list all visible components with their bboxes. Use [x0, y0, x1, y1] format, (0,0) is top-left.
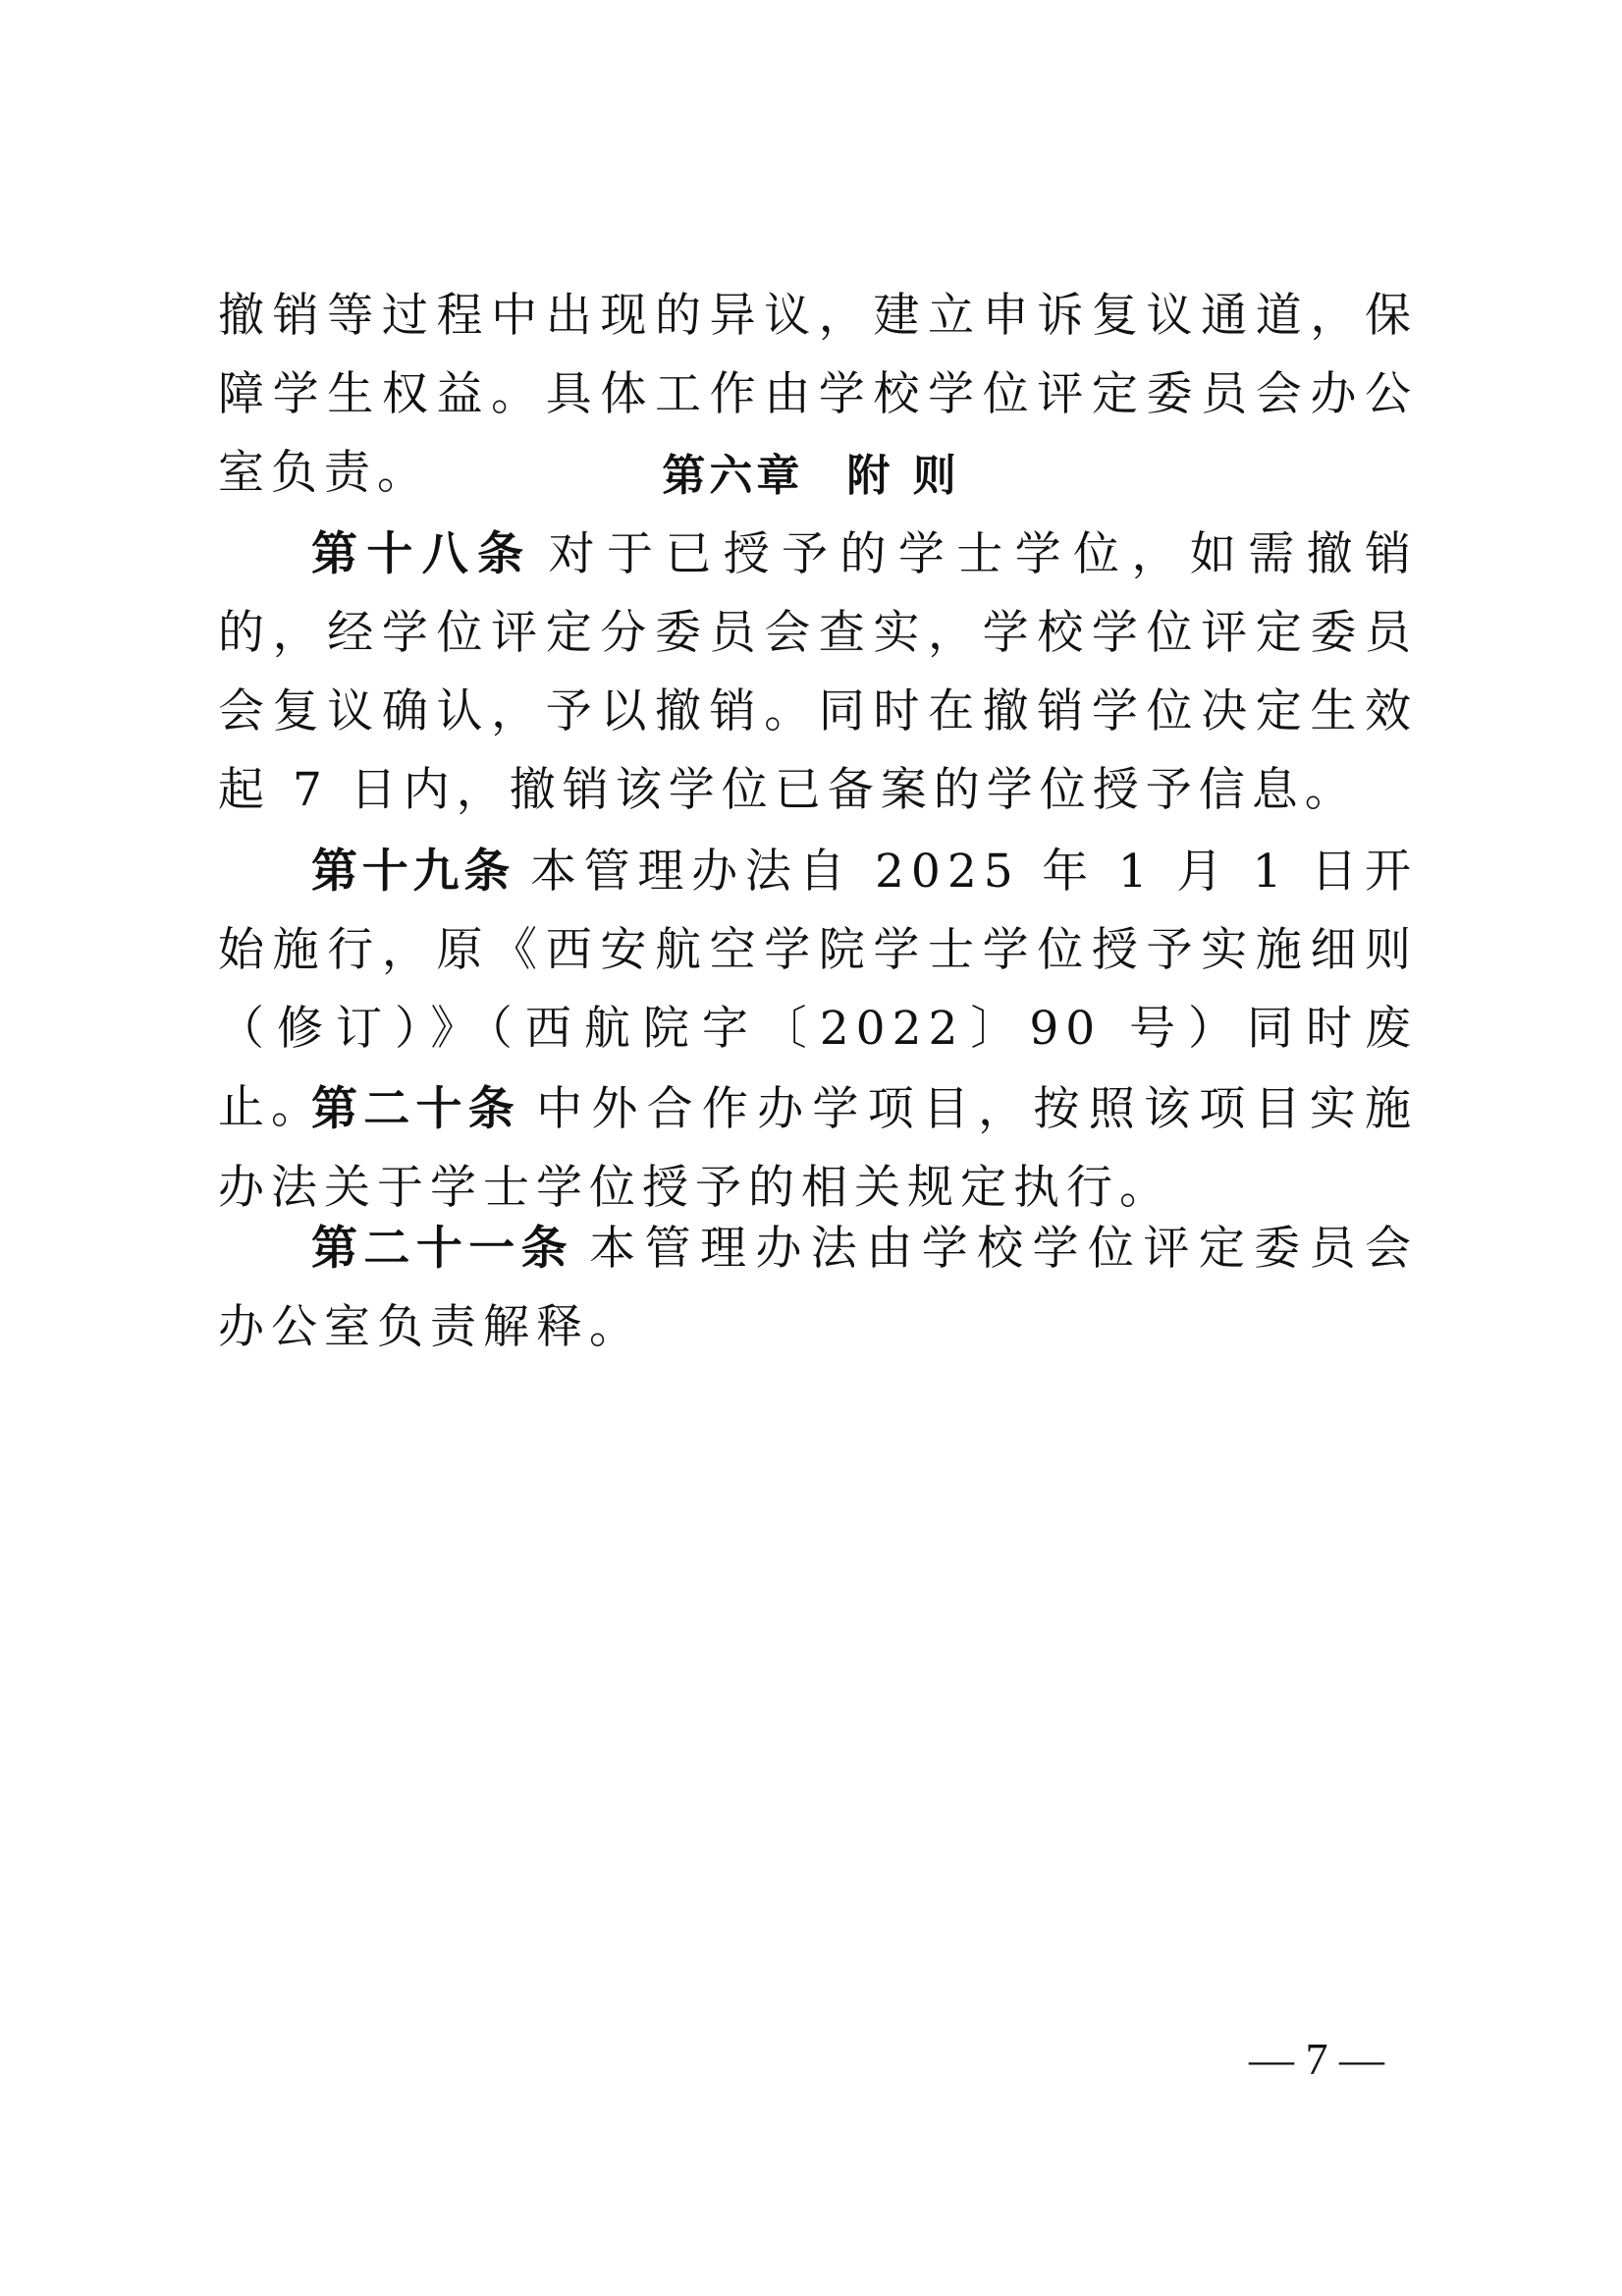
chapter-heading: 第六章附 则: [0, 440, 1622, 503]
article-18: 第十八条对于已授予的学士学位，如需撤销的，经学位评定分委员会查实，学校学位评定委…: [218, 516, 1418, 830]
article-number: 第十八条: [311, 527, 533, 581]
chapter-title: 附 则: [846, 451, 959, 501]
article-21: 第二十一条本管理办法由学校学位评定委员会办公室负责解释。: [218, 1210, 1418, 1367]
article-number: 第十九条: [311, 845, 514, 899]
article-paragraph: 第二十一条本管理办法由学校学位评定委员会办公室负责解释。: [218, 1210, 1418, 1367]
article-paragraph: 第十八条对于已授予的学士学位，如需撤销的，经学位评定分委员会查实，学校学位评定委…: [218, 516, 1418, 830]
article-paragraph: 第二十条中外合作办学项目，按照该项目实施办法关于学士学位授予的相关规定执行。: [218, 1070, 1418, 1228]
page-number: — 7 —: [1243, 2033, 1390, 2085]
chapter-number: 第六章: [662, 451, 803, 501]
document-page: 撤销等过程中出现的异议，建立申诉复议通道，保障学生权益。具体工作由学校学位评定委…: [0, 0, 1622, 2296]
article-number: 第二十条: [311, 1082, 520, 1136]
article-number: 第二十一条: [311, 1222, 573, 1276]
article-20: 第二十条中外合作办学项目，按照该项目实施办法关于学士学位授予的相关规定执行。: [218, 1070, 1418, 1228]
